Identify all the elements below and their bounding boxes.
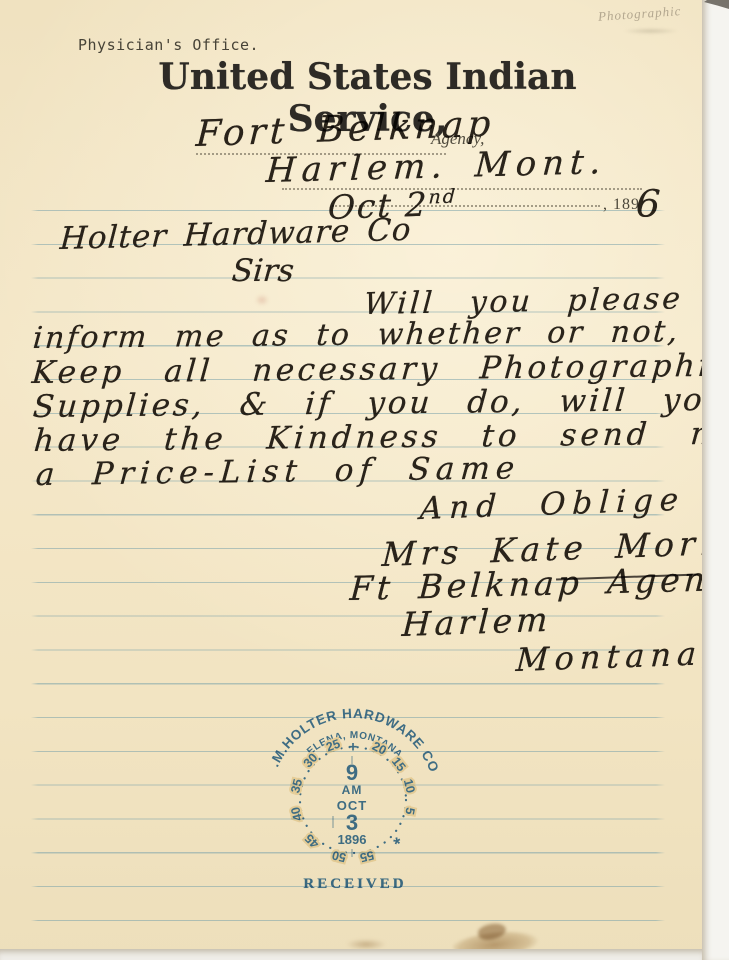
handwritten-body-line: a Price-List of Same [35,450,522,493]
handwritten-signature-state: Montana, [515,634,719,679]
stamp-date-line: AM [342,783,363,797]
stamp-dial-number: 45 [302,831,322,851]
stamp-dial-number: 35 [288,778,305,795]
letterhead-year-prefix: , 189 [603,196,640,214]
handwritten-date-ordinal: nd [428,185,458,208]
stamp-star-mark: * [385,830,404,849]
handwritten-year-digit: 6 [635,181,661,226]
stamp-arc-outer: A.M.HOLTER HARDWARE CO. [223,688,442,775]
stamp-date-line: 1896 [338,832,367,847]
stamp-dial-number: 50 [331,848,348,865]
pencil-smudge [612,26,690,36]
letter-scan-page: Physician's Office. Photographic United … [0,0,729,960]
received-stamp-label: RECEIVED [296,876,414,893]
handwritten-salutation: Sirs [230,253,295,289]
stamp-dial-number: 40 [288,806,305,823]
handwritten-signature-town: Harlem [401,600,553,644]
paper-right-edge [702,0,729,960]
stamp-plus-mark: + [349,739,358,756]
pencil-annotation: Photographic [598,3,682,25]
stamp-dial-number: 10 [401,778,418,795]
stamp-dial-number: 15 [389,755,409,775]
stamp-dial-number: 55 [359,848,376,865]
receiving-stamp: A.M.HOLTER HARDWARE CO. HELENA, MONTANA.… [223,688,485,888]
paper-bottom-edge [0,949,702,960]
paper-spot [252,292,272,308]
stamp-dial-number: 5 [402,806,417,816]
stamp-dial-number: 30 [301,751,321,771]
typed-office-label: Physician's Office. [78,36,259,54]
